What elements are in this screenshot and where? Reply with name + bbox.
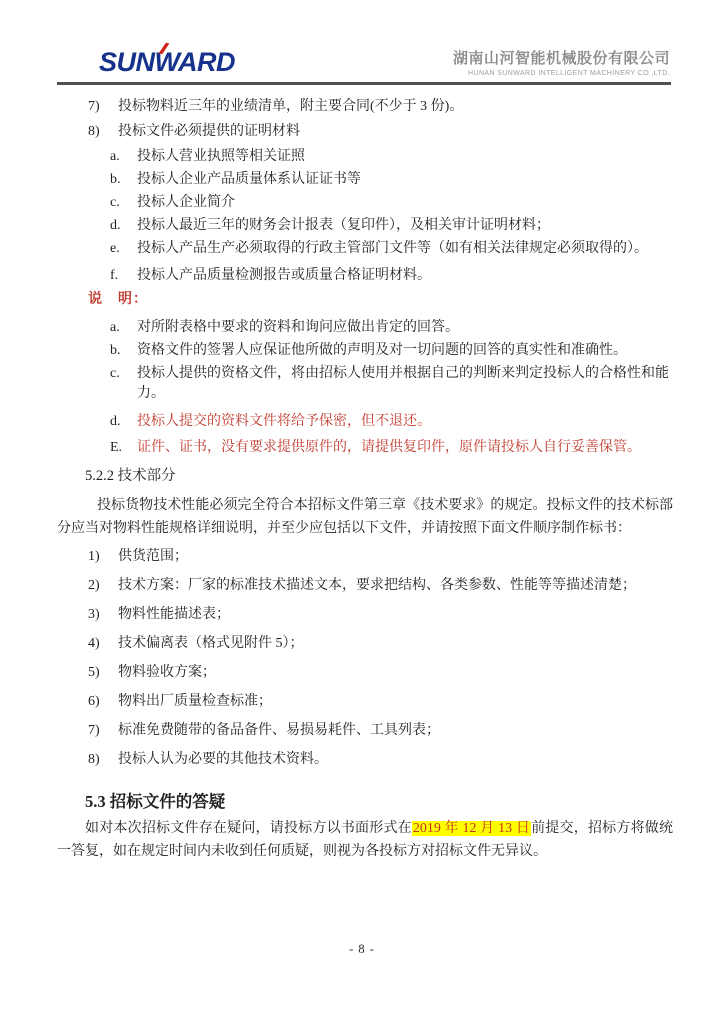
list-item-number: b. <box>110 341 137 361</box>
list-item-number: 8) <box>88 122 118 142</box>
list-item: b. 投标人企业产品质量体系认证证书等 <box>110 170 673 190</box>
list-item-number: b. <box>110 170 137 190</box>
section-heading-522: 5.2.2 技术部分 <box>85 466 673 486</box>
list-item-number: a. <box>110 318 137 338</box>
list-item: b. 资格文件的签署人应保证他所做的声明及对一切问题的回答的真实性和准确性。 <box>110 341 673 361</box>
list-item-number: 5) <box>88 663 118 683</box>
list-item: a. 对所附表格中要求的资料和询问应做出肯定的回答。 <box>110 318 673 338</box>
page-number: - 8 - <box>349 942 375 956</box>
list-item-text: 投标人认为必要的其他技术资料。 <box>118 750 673 770</box>
list-item-text: 投标人产品生产必须取得的行政主管部门文件等（如有相关法律规定必须取得的）。 <box>137 239 673 259</box>
list-item-number: 6) <box>88 692 118 712</box>
section-522-paragraph: 投标货物技术性能必须完全符合本招标文件第三章《技术要求》的规定。投标文件的技术标… <box>57 494 673 540</box>
list-item-text: 投标人营业执照等相关证照 <box>137 147 673 167</box>
company-name-english: HUNAN SUNWARD INTELLIGENT MACHINERY CO.,… <box>453 69 670 79</box>
list-item-text: 投标人产品质量检测报告或质量合格证明材料。 <box>137 266 673 286</box>
list-item: 2) 技术方案：厂家的标准技术描述文本，要求把结构、各类参数、性能等等描述清楚； <box>88 576 673 596</box>
list-item-number: 2) <box>88 576 118 596</box>
list-item: E. 证件、证书，没有要求提供原件的，请提供复印件，原件请投标人自行妥善保管。 <box>110 438 673 458</box>
list-item: 8) 投标文件必须提供的证明材料 <box>88 122 673 142</box>
list-item-text: 供货范围； <box>118 547 673 567</box>
list-item-text: 投标人企业产品质量体系认证证书等 <box>137 170 673 190</box>
section-53-paragraph: 如对本次招标文件存在疑问，请投标方以书面形式在2019 年 12 月 13 日前… <box>57 817 673 863</box>
list-item: 6) 物料出厂质量检查标准； <box>88 692 673 712</box>
list-item-text: 投标人提供的资格文件，将由招标人使用并根据自己的判断来判定投标人的合格性和能力。 <box>137 364 673 404</box>
list-item-number: 7) <box>88 97 118 117</box>
list-item: c. 投标人企业简介 <box>110 193 673 213</box>
list-item-number: d. <box>110 216 137 236</box>
list-item: e. 投标人产品生产必须取得的行政主管部门文件等（如有相关法律规定必须取得的）。 <box>110 239 673 259</box>
list-item-number: d. <box>110 412 137 432</box>
list-item-text: 投标人企业简介 <box>137 193 673 213</box>
list-item: 1) 供货范围； <box>88 547 673 567</box>
list-item-number: a. <box>110 147 137 167</box>
list-item: 8) 投标人认为必要的其他技术资料。 <box>88 750 673 770</box>
list-item-number: 3) <box>88 605 118 625</box>
list-item: 4) 技术偏离表（格式见附件 5）； <box>88 634 673 654</box>
list-item-text: 对所附表格中要求的资料和询问应做出肯定的回答。 <box>137 318 673 338</box>
list-item-number: 4) <box>88 634 118 654</box>
list-item-text: 投标文件必须提供的证明材料 <box>118 122 673 142</box>
paragraph-text: 如对本次招标文件存在疑问，请投标方以书面形式在 <box>85 821 412 836</box>
list-item: c. 投标人提供的资格文件，将由招标人使用并根据自己的判断来判定投标人的合格性和… <box>110 364 673 404</box>
list-item-text: 资格文件的签署人应保证他所做的声明及对一切问题的回答的真实性和准确性。 <box>137 341 673 361</box>
page-header: SUNWARD 湖南山河智能机械股份有限公司 HUNAN SUNWARD INT… <box>0 0 724 90</box>
list-item-number: 1) <box>88 547 118 567</box>
document-body: 7) 投标物料近三年的业绩清单，附主要合同(不少于 3 份)。 8) 投标文件必… <box>57 90 673 863</box>
list-item: 3) 物料性能描述表； <box>88 605 673 625</box>
company-name-block: 湖南山河智能机械股份有限公司 HUNAN SUNWARD INTELLIGENT… <box>453 50 670 79</box>
company-name-chinese: 湖南山河智能机械股份有限公司 <box>453 50 670 68</box>
list-item-number: 7) <box>88 721 118 741</box>
list-item-number: e. <box>110 239 137 259</box>
list-item-text: 投标物料近三年的业绩清单，附主要合同(不少于 3 份)。 <box>118 97 673 117</box>
section-heading-53: 5.3 招标文件的答疑 <box>85 790 673 814</box>
list-item-text: 物料性能描述表； <box>118 605 673 625</box>
document-page: SUNWARD 湖南山河智能机械股份有限公司 HUNAN SUNWARD INT… <box>0 0 724 1024</box>
list-item-number: 8) <box>88 750 118 770</box>
sunward-logo: SUNWARD <box>99 47 235 79</box>
highlighted-date: 2019 年 12 月 13 日 <box>412 821 531 836</box>
note-heading: 说 明： <box>88 290 673 310</box>
list-item: f. 投标人产品质量检测报告或质量合格证明材料。 <box>110 266 673 286</box>
list-item: 7) 投标物料近三年的业绩清单，附主要合同(不少于 3 份)。 <box>88 97 673 117</box>
list-item: a. 投标人营业执照等相关证照 <box>110 147 673 167</box>
list-item-text: 物料验收方案； <box>118 663 673 683</box>
page-footer: - 8 - <box>0 942 724 957</box>
list-item: d. 投标人提交的资料文件将给予保密，但不退还。 <box>110 412 673 432</box>
header-divider <box>57 82 671 85</box>
list-item-text: 投标人提交的资料文件将给予保密，但不退还。 <box>137 412 673 432</box>
list-item: 5) 物料验收方案； <box>88 663 673 683</box>
list-item-number: f. <box>110 266 137 286</box>
list-item: 7) 标准免费随带的备品备件、易损易耗件、工具列表； <box>88 721 673 741</box>
list-item: d. 投标人最近三年的财务会计报表（复印件），及相关审计证明材料； <box>110 216 673 236</box>
list-item-number: c. <box>110 364 137 404</box>
list-item-text: 证件、证书，没有要求提供原件的，请提供复印件，原件请投标人自行妥善保管。 <box>137 438 673 458</box>
list-item-text: 技术偏离表（格式见附件 5）； <box>118 634 673 654</box>
list-item-number: E. <box>110 438 137 458</box>
list-item-number: c. <box>110 193 137 213</box>
list-item-text: 标准免费随带的备品备件、易损易耗件、工具列表； <box>118 721 673 741</box>
sunward-logo-text: SUNWARD <box>99 47 235 77</box>
list-item-text: 技术方案：厂家的标准技术描述文本，要求把结构、各类参数、性能等等描述清楚； <box>118 576 673 596</box>
list-item-text: 投标人最近三年的财务会计报表（复印件），及相关审计证明材料； <box>137 216 673 236</box>
list-item-text: 物料出厂质量检查标准； <box>118 692 673 712</box>
